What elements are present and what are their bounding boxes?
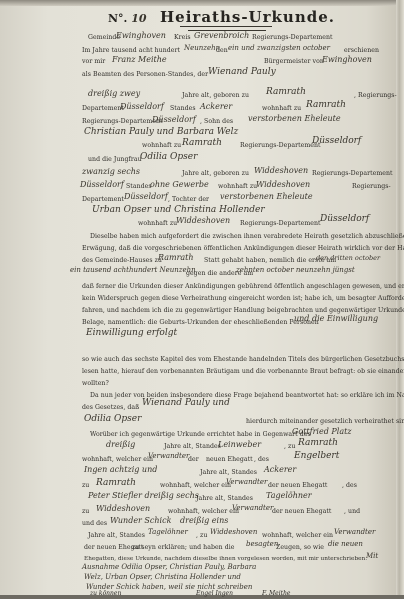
- second-announcement-date: zehnten october neunzehn jüngst: [236, 266, 355, 274]
- mayor-name: Franz Meithe: [112, 55, 167, 64]
- groom-birthplace: Ramrath: [266, 87, 306, 97]
- groom-residence: Ramrath: [306, 100, 346, 110]
- line-bride-standes: Standes: [126, 183, 152, 190]
- para1-line3a: des Gemeinde-Hauses zu: [82, 257, 162, 264]
- bride-parents-residence: Widdeshoven: [176, 216, 230, 225]
- line-regierungs: , Regierungs-: [354, 92, 397, 99]
- closing-unterschrieben: Ehegatten, diese Urkunde, nachdem diesel…: [84, 556, 367, 562]
- line-standes: Standes: [170, 105, 196, 112]
- page-top-edge: [0, 0, 404, 6]
- line-bride-regierungs: Regierungs-: [352, 183, 391, 190]
- title-rule: [180, 26, 272, 27]
- bride-parents-status: verstorbenen Eheleute: [220, 192, 313, 201]
- witness4-age: dreißig eins: [180, 516, 228, 525]
- witness1-des: , des: [254, 456, 269, 463]
- witness1-zu: , zu: [284, 443, 295, 450]
- witness4-name: Wunder Schick: [110, 516, 171, 525]
- signature-mayor: F. Meithe: [262, 590, 290, 597]
- closing-neuen: die neuen: [328, 540, 363, 548]
- para2-line2: lesen hatte, hierauf den vorbenannten Br…: [82, 368, 404, 375]
- bride-regdep: Düsseldorf: [124, 192, 168, 201]
- closing-mit: Mit: [366, 552, 378, 560]
- para1-line1: Dieselbe haben mich aufgefordert die zwi…: [90, 233, 404, 240]
- witness2-firstname: Engelbert: [294, 451, 339, 461]
- witness1-wohnhaft: wohnhaft, welcher ein: [82, 456, 153, 463]
- line-erschienen: erschienen: [344, 47, 379, 54]
- line-bride-departement: Departement: [82, 196, 124, 203]
- witness2-ehegatt: der neuen Ehegatt: [268, 482, 327, 489]
- witness3-relation: Verwandter: [232, 504, 273, 512]
- line-beamten: als Beamten des Personen-Standes, der: [82, 71, 208, 78]
- line-bride-parents-regdep: Regierungs-Departement: [240, 220, 321, 227]
- declared-bride: Odilia Opser: [84, 414, 141, 424]
- first-announcement-date: den dritten october: [316, 254, 380, 262]
- witness2-profession: Ackerer: [264, 465, 296, 474]
- witness3-und: , und: [344, 508, 360, 515]
- witness2-residence: Ramrath: [96, 478, 136, 488]
- witness3-zu: zu: [82, 508, 89, 515]
- witness2-wohnhaft: wohnhaft, welcher ein: [160, 482, 231, 489]
- witness2-relation: Verwandter: [226, 478, 267, 486]
- belage-hand-2: Einwilligung erfolgt: [86, 328, 177, 338]
- witness1-residence: Ramrath: [298, 438, 338, 448]
- married-statement: hierdurch miteinander gesetzlich verheir…: [246, 418, 404, 425]
- line-parents-wohnhaft: wohnhaft zu: [142, 142, 181, 149]
- line-year-printed: Im Jahre tausend acht hundert: [82, 47, 180, 54]
- line-den: den: [216, 47, 228, 54]
- para3-line2: des Gesetzes, daß: [82, 404, 139, 411]
- witness1-profession: Leinweber: [218, 440, 261, 449]
- line-wohnhaft: wohnhaft zu: [262, 105, 301, 112]
- line-year-hand: Neunzehn: [184, 44, 220, 52]
- groom-regdep: Düsseldorf: [152, 115, 196, 124]
- para1-line8: Belage, namentlich: die Geburts-Urkunden…: [82, 319, 319, 326]
- witness4-und-des: und des: [82, 520, 107, 527]
- line-buergermeister: Bürgermeister von: [264, 58, 324, 65]
- line-bride-regdep: Regierungs-Departement: [312, 170, 393, 177]
- line-jungfrau: und die Jungfrau: [88, 156, 142, 163]
- line-departement: Departement: [82, 105, 124, 112]
- bride-age: zwanzig sechs: [82, 167, 140, 176]
- line-parents-regdep: Regierungs-Departement: [240, 142, 321, 149]
- witness3-printed: Jahre alt, Standes: [196, 495, 253, 502]
- witness2-printed: Jahre alt, Standes: [200, 469, 257, 476]
- para1-line7: fahren, und nachdem ich die zu gegenwärt…: [82, 307, 404, 314]
- para1-line2: Erwägung, daß die vorgeschriebenen öffen…: [82, 245, 404, 252]
- witness4-printed: Jahre alt, Standes: [88, 532, 145, 539]
- number-value: 10: [131, 12, 146, 25]
- witness1-der: der: [188, 456, 199, 463]
- bride-profession: ohne Gewerbe: [150, 180, 209, 189]
- bride-parents: Urban Opser und Christina Hollender: [92, 205, 265, 215]
- witness1-relation: Verwandter: [148, 452, 189, 460]
- line-vormir: vor mir: [82, 58, 105, 65]
- groom-parents-residence: Ramrath: [182, 138, 222, 148]
- number-label: N°.: [108, 12, 127, 25]
- line-date-hand: ein und zwanzigsten october: [228, 44, 330, 52]
- groom-dep: Düsseldorf: [120, 102, 164, 111]
- signature-line: zu können: [90, 590, 121, 597]
- closing-besagten: besagten: [246, 540, 278, 548]
- para3-line1: Da nun jeder von beiden insbesondere die…: [90, 392, 404, 399]
- groom-age: dreißig zwey: [88, 89, 140, 98]
- para2-line1: so wie auch das sechste Kapitel des vom …: [82, 356, 404, 363]
- witness3-name-age: Peter Stiefler dreißig sechs: [88, 491, 199, 500]
- witness1-age: dreißig: [106, 440, 135, 449]
- document-title: Heiraths-Urkunde.: [160, 8, 335, 26]
- regdep-label: Regierungs-Departement: [252, 34, 333, 41]
- bride-dep: Düsseldorf: [80, 180, 124, 189]
- kreis-label: Kreis: [174, 34, 191, 41]
- kreis-value: Grevenbroich: [194, 31, 249, 40]
- witness1-printed: Jahre alt, Standes: [164, 443, 221, 450]
- witness4-zu: , zu: [196, 532, 207, 539]
- witness2-name-age: Ingen achtzig und: [84, 465, 157, 474]
- line-bride-geboren: Jahre alt, geboren zu: [182, 170, 249, 177]
- para2-line3: wollten?: [82, 380, 109, 387]
- witness4-profession: Tagelöhner: [148, 528, 188, 536]
- witness1-name: Gottfried Platz: [292, 427, 352, 436]
- groom-parents-regdep: Düsseldorf: [312, 136, 361, 146]
- closing-erklaeren: zu seyn erklären; und haben die: [132, 544, 235, 551]
- witness4-residence: Widdeshoven: [210, 528, 257, 536]
- line-bride-wohnhaft: wohnhaft zu: [218, 183, 257, 190]
- first-announcement-year: ein tausend achthundert Neunzehn: [70, 266, 196, 274]
- groom-profession: Ackerer: [200, 102, 232, 111]
- line-regdep: Regierungs-Departement: [82, 118, 163, 125]
- gemeinde-value: Ewinghoven: [116, 31, 166, 40]
- line-bride-parents-wohnhaft: wohnhaft zu: [138, 220, 177, 227]
- groom-parents: Christian Pauly und Barbara Welz: [84, 127, 238, 137]
- bride-parents-regdep: Düsseldorf: [320, 214, 369, 224]
- witness1-ehegatt: neuen Ehegatt: [206, 456, 253, 463]
- bride-birthplace: Widdeshoven: [254, 166, 308, 175]
- para1-line5: daß ferner die Urkunden dieser Ankündigu…: [82, 283, 404, 290]
- closing-zeugen: Zeugen, so wie: [276, 544, 324, 551]
- record-number: N°. 10: [108, 12, 147, 25]
- para1-line6: kein Widerspruch gegen diese Verheirathu…: [82, 295, 404, 302]
- closing-hand-2: Welz, Urban Opser, Christina Hollender u…: [84, 573, 241, 581]
- declared-groom: Wienand Pauly und: [142, 398, 230, 408]
- witness4-relation: Verwandter: [334, 528, 375, 536]
- witness3-profession: Tagelöhner: [266, 491, 312, 500]
- bride-name: Odilia Opser: [140, 152, 197, 162]
- line-groom-geboren: Jahre alt, geboren zu: [182, 92, 249, 99]
- witness3-ehegatt: der neuen Ehegatt: [272, 508, 331, 515]
- line-tochter: , Tochter der: [168, 196, 209, 203]
- announcement-place: Ramrath: [158, 253, 194, 262]
- witness3-wohnhaft: wohnhaft, welcher ein: [168, 508, 239, 515]
- line-sohn: , Sohn des: [200, 118, 233, 125]
- groom-parents-status: verstorbenen Eheleute: [248, 114, 341, 123]
- witness4-wohnhaft: wohnhaft, welcher ein: [262, 532, 333, 539]
- witness2-des: , des: [342, 482, 357, 489]
- groom-name: Wienand Pauly: [208, 67, 276, 77]
- closing-hand-1: Ausnahme Odilia Opser, Christian Pauly, …: [82, 563, 256, 571]
- witness2-zu: zu: [82, 482, 89, 489]
- witness-intro: Worüber ich gegenwärtige Urkunde erricht…: [90, 431, 311, 438]
- belage-hand: und die Einwilligung: [294, 314, 378, 323]
- witness3-residence: Widdeshoven: [96, 504, 150, 513]
- bride-residence: Widdeshoven: [256, 180, 310, 189]
- mayor-town: Ewinghoven: [322, 55, 372, 64]
- signature-engel-ingen: Engel Ingen: [196, 590, 233, 597]
